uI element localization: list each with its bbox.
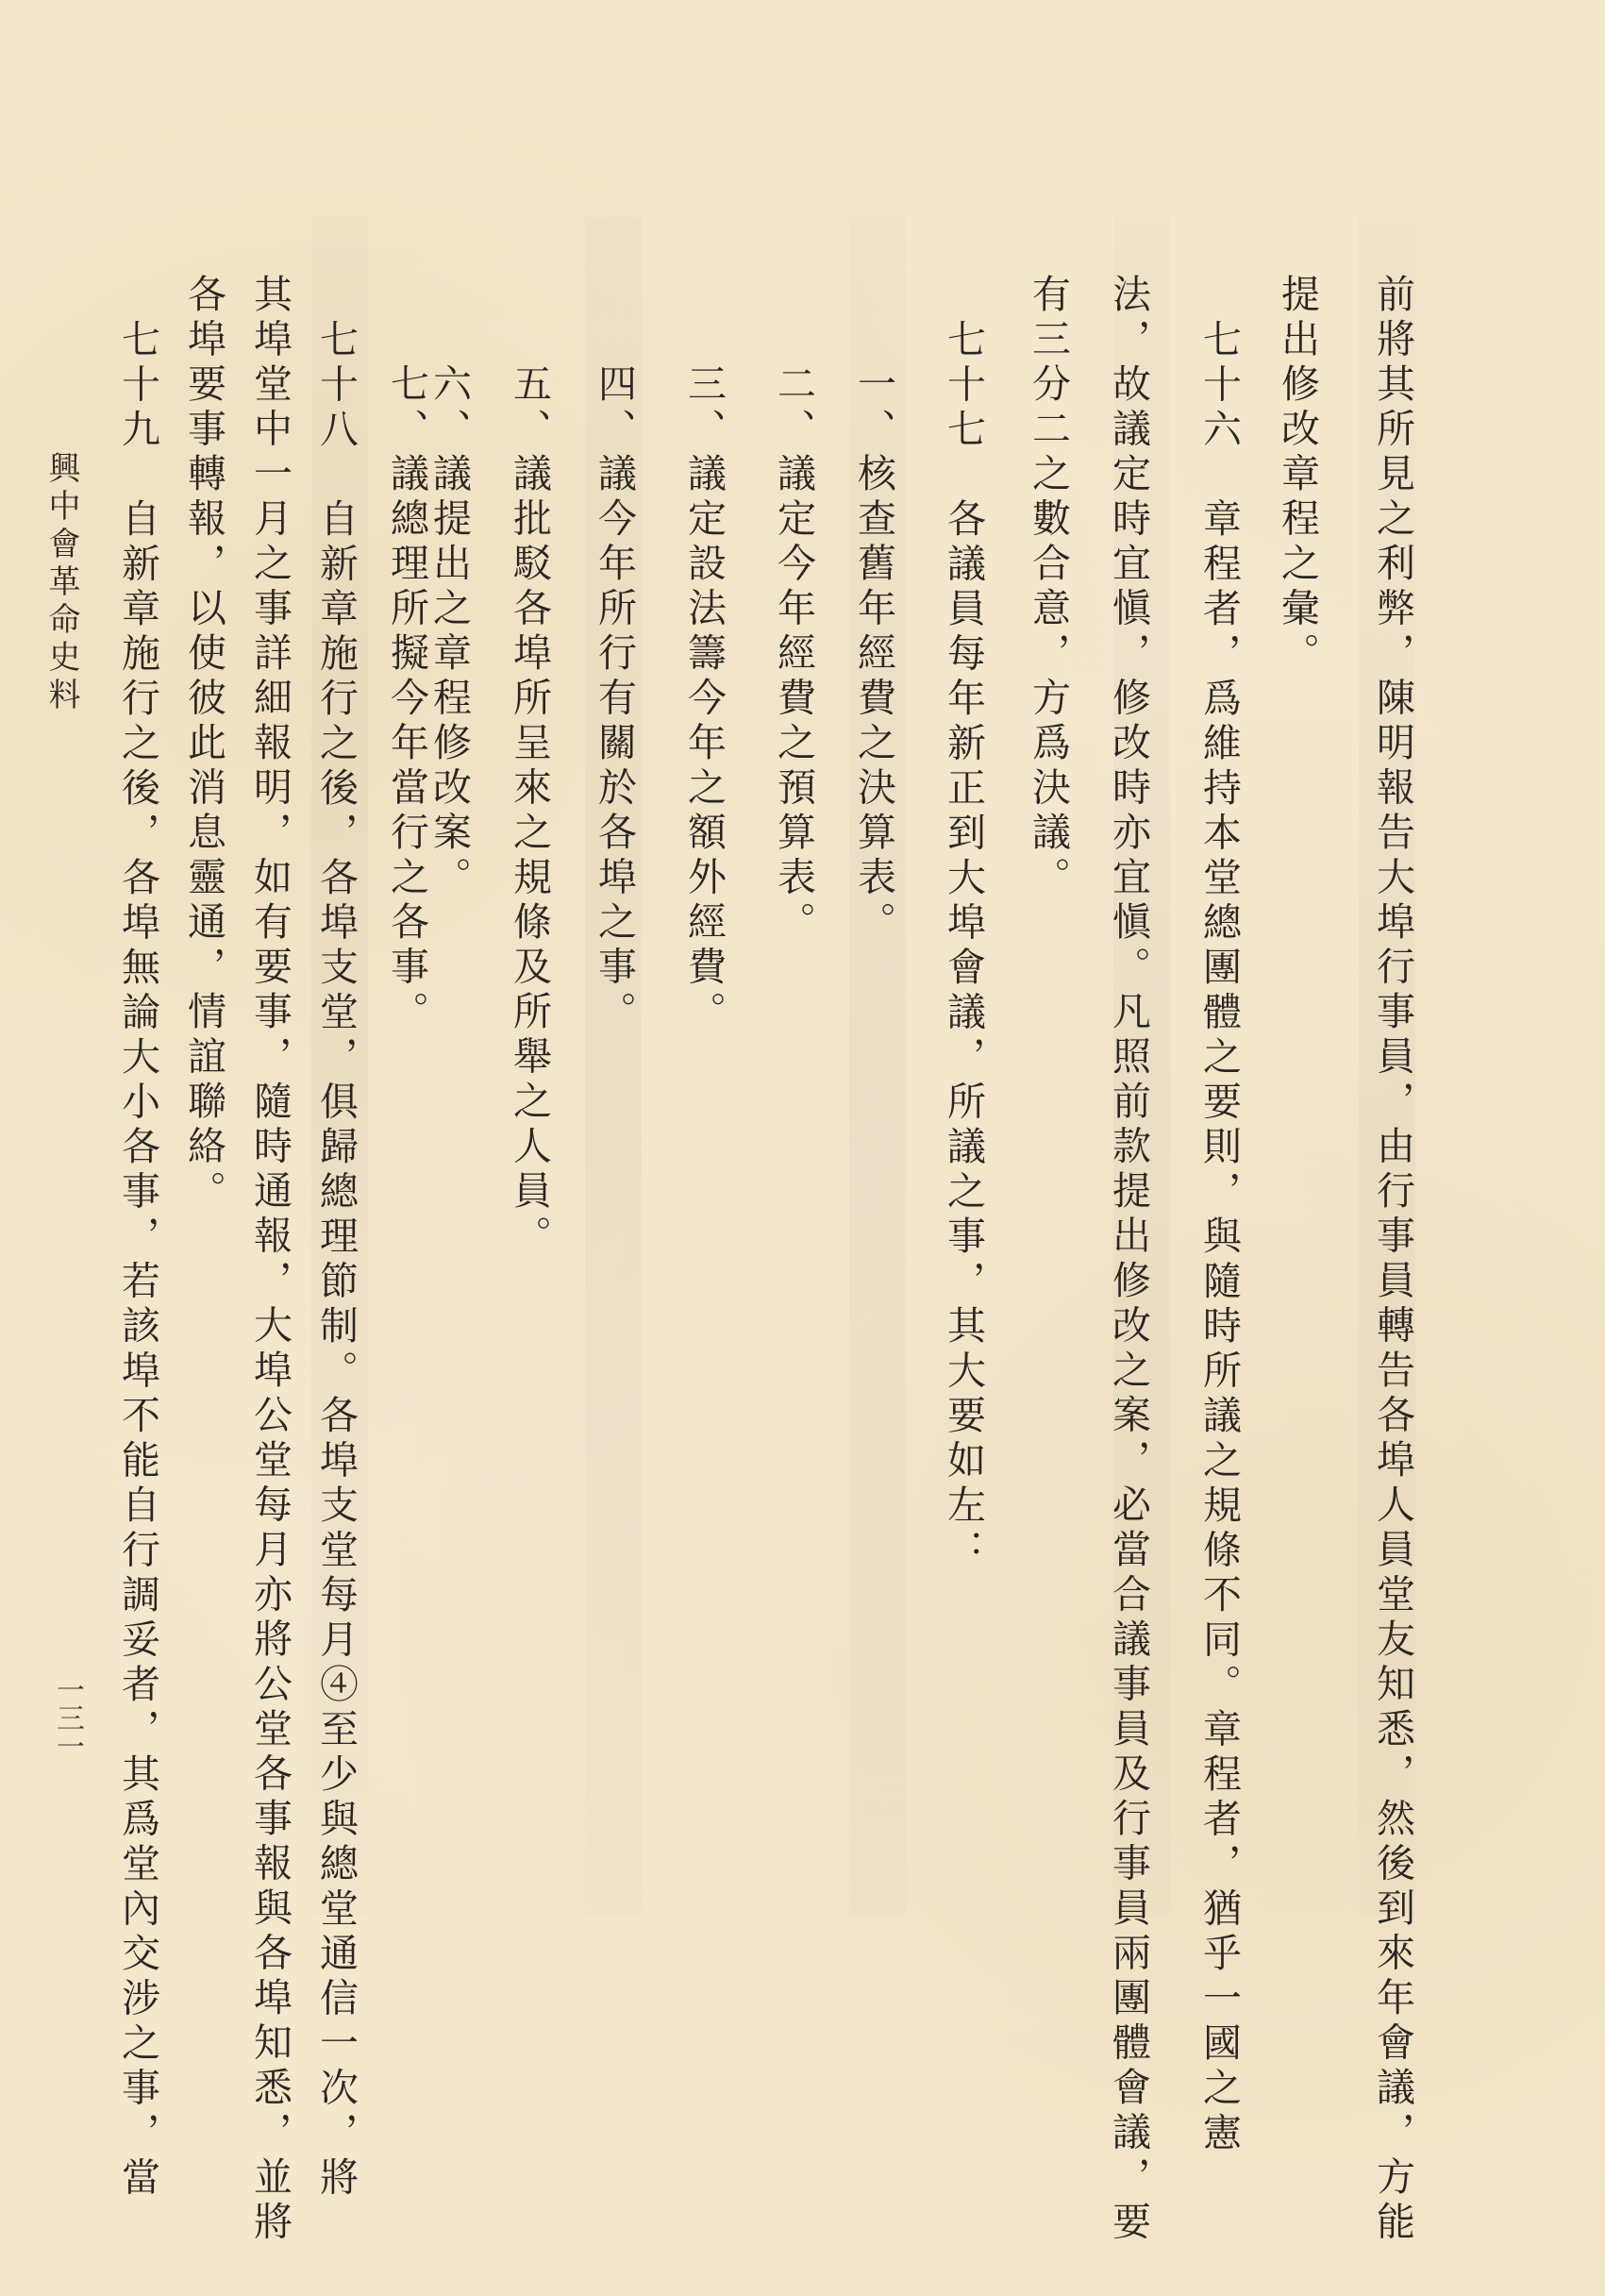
- text-column-5: 有三分二之數合意，方爲決議。: [1020, 274, 1077, 901]
- article-77-item-3: 三、議定設法籌今年之額外經費。: [676, 363, 732, 1036]
- text-column-16: 各埠要事轉報，以使彼此消息靈通，情誼聯絡。: [176, 274, 232, 1215]
- text-column-2: 提出修改章程之彙。: [1269, 274, 1326, 678]
- article-76: 七十六 章程者，爲維持本堂總團體之要則，與隨時所議之規條不同。章程者，猶乎一國之…: [1191, 319, 1247, 2157]
- page-number: 一三一: [43, 1675, 91, 1760]
- text-column-1: 前將其所見之利弊，陳明報告大埠行事員，由行事員轉告各埠人員堂友知悉，然後到來年會…: [1364, 274, 1421, 2246]
- article-77-item-1: 一、核查舊年經費之決算表。: [845, 363, 902, 947]
- text-column-15: 其埠堂中一月之事詳細報明，如有要事，隨時通報，大埠公堂每月亦將公堂各事報與各埠知…: [242, 274, 298, 2246]
- article-77-item-5: 五、議批駁各埠所呈來之規條及所舉之人員。: [501, 363, 558, 1260]
- article-77-item-4: 四、議今年所行有關於各埠之事。: [586, 363, 643, 1036]
- article-77-item-2: 二、議定今年經費之預算表。: [765, 363, 822, 947]
- text-column-4: 法，故議定時宜愼，修改時亦宜愼。凡照前款提出修改之案，必當合議事員及行事員兩團體…: [1100, 274, 1157, 2246]
- article-78: 七十八 自新章施行之後，各埠支堂，俱歸總理節制。各埠支堂每月④至少與總堂通信一次…: [308, 319, 364, 2202]
- article-77-item-7: 七、議總理所擬今年當行之各事。: [378, 363, 435, 1036]
- running-title: 興中會革命史料: [38, 451, 85, 715]
- book-page: 前將其所見之利弊，陳明報告大埠行事員，由行事員轉告各埠人員堂友知悉，然後到來年會…: [0, 0, 1605, 2296]
- article-79: 七十九 自新章施行之後，各埠無論大小各事，若該埠不能自行調妥者，其爲堂內交涉之事…: [109, 319, 166, 2202]
- article-77: 七十七 各議員每年新正到大埠會議，所議之事，其大要如左：: [935, 319, 992, 1574]
